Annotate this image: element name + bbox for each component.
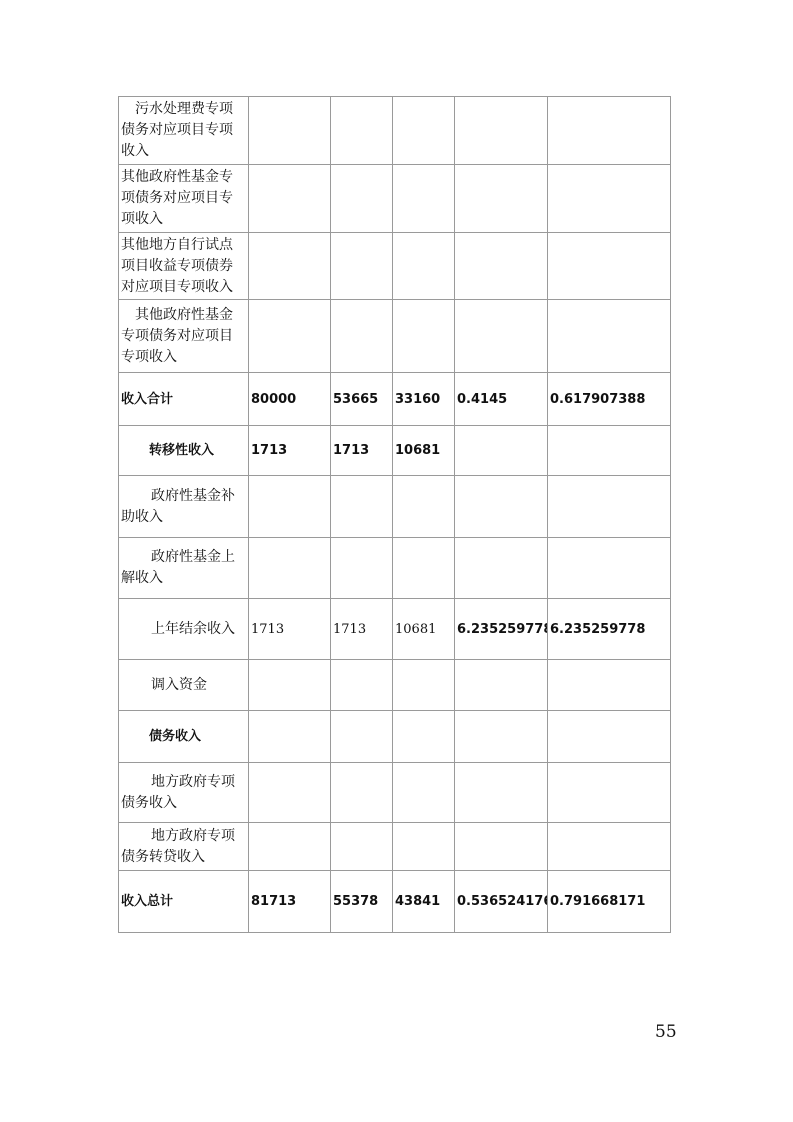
table-row: 其他政府性基金专项债务对应项目专项收入 bbox=[119, 165, 671, 233]
table-cell bbox=[249, 233, 331, 300]
table-cell: 1713 bbox=[331, 426, 393, 476]
table-row: 地方政府专项债务转贷收入 bbox=[119, 823, 671, 871]
table-cell bbox=[249, 300, 331, 373]
row-label: 地方政府专项债务转贷收入 bbox=[119, 823, 249, 871]
table-cell bbox=[249, 476, 331, 538]
table-cell bbox=[548, 711, 671, 763]
table-cell bbox=[455, 711, 548, 763]
table-cell bbox=[393, 300, 455, 373]
table-cell bbox=[393, 233, 455, 300]
table-cell bbox=[455, 823, 548, 871]
table-cell bbox=[331, 711, 393, 763]
table-cell: 0.4145 bbox=[455, 373, 548, 426]
table-row: 地方政府专项债务收入 bbox=[119, 763, 671, 823]
row-label: 债务收入 bbox=[119, 711, 249, 763]
table-row: 其他地方自行试点项目收益专项债券对应项目专项收入 bbox=[119, 233, 671, 300]
table-cell bbox=[548, 476, 671, 538]
table-cell bbox=[331, 300, 393, 373]
table-cell: 6.235259778 bbox=[548, 599, 671, 660]
table-cell: 81713 bbox=[249, 871, 331, 933]
table-row: 污水处理费专项债务对应项目专项收入 bbox=[119, 97, 671, 165]
row-label: 政府性基金补助收入 bbox=[119, 476, 249, 538]
table-cell: 53665 bbox=[331, 373, 393, 426]
row-label: 调入资金 bbox=[119, 660, 249, 711]
table-cell bbox=[331, 97, 393, 165]
table-cell: 0.791668171 bbox=[548, 871, 671, 933]
table-cell: 33160 bbox=[393, 373, 455, 426]
table-cell bbox=[331, 660, 393, 711]
table-cell: 1713 bbox=[249, 426, 331, 476]
table-cell bbox=[249, 660, 331, 711]
row-label: 其他地方自行试点项目收益专项债券对应项目专项收入 bbox=[119, 233, 249, 300]
table-cell: 1713 bbox=[331, 599, 393, 660]
table-cell: 6.235259778 bbox=[455, 599, 548, 660]
table-cell bbox=[393, 538, 455, 599]
table-cell bbox=[249, 711, 331, 763]
table-cell bbox=[331, 165, 393, 233]
table-cell bbox=[331, 233, 393, 300]
table-cell bbox=[393, 660, 455, 711]
table-cell bbox=[249, 538, 331, 599]
table-cell bbox=[249, 165, 331, 233]
table-cell bbox=[548, 97, 671, 165]
table-cell bbox=[455, 165, 548, 233]
table-cell: 10681 bbox=[393, 599, 455, 660]
table-cell: 1713 bbox=[249, 599, 331, 660]
table-cell bbox=[393, 823, 455, 871]
table-cell bbox=[331, 476, 393, 538]
table-cell bbox=[455, 233, 548, 300]
row-label: 污水处理费专项债务对应项目专项收入 bbox=[119, 97, 249, 165]
table-row: 债务收入 bbox=[119, 711, 671, 763]
table-cell bbox=[331, 538, 393, 599]
row-label: 政府性基金上解收入 bbox=[119, 538, 249, 599]
table-cell: 43841 bbox=[393, 871, 455, 933]
table-cell bbox=[455, 426, 548, 476]
table-cell bbox=[455, 300, 548, 373]
row-label: 其他政府性基金专项债务对应项目专项收入 bbox=[119, 165, 249, 233]
row-label: 上年结余收入 bbox=[119, 599, 249, 660]
table-cell: 10681 bbox=[393, 426, 455, 476]
table-cell bbox=[393, 476, 455, 538]
row-label: 地方政府专项债务收入 bbox=[119, 763, 249, 823]
table-row: 转移性收入1713171310681 bbox=[119, 426, 671, 476]
table-row: 收入合计8000053665331600.41450.617907388 bbox=[119, 373, 671, 426]
table-cell bbox=[548, 165, 671, 233]
table-cell bbox=[455, 97, 548, 165]
table-row: 收入总计8171355378438410.5365241760.79166817… bbox=[119, 871, 671, 933]
table-cell bbox=[455, 763, 548, 823]
table-cell bbox=[548, 233, 671, 300]
table-cell bbox=[455, 660, 548, 711]
table-cell bbox=[548, 300, 671, 373]
page-number: 55 bbox=[655, 1022, 677, 1042]
table-cell bbox=[393, 165, 455, 233]
revenue-table: 污水处理费专项债务对应项目专项收入其他政府性基金专项债务对应项目专项收入其他地方… bbox=[118, 96, 671, 933]
table-cell bbox=[393, 763, 455, 823]
table-cell bbox=[548, 426, 671, 476]
table-cell bbox=[249, 823, 331, 871]
table-cell: 55378 bbox=[331, 871, 393, 933]
table-cell bbox=[331, 823, 393, 871]
table-cell bbox=[548, 660, 671, 711]
table-row: 政府性基金补助收入 bbox=[119, 476, 671, 538]
row-label: 其他政府性基金专项债务对应项目专项收入 bbox=[119, 300, 249, 373]
table-cell: 0.617907388 bbox=[548, 373, 671, 426]
table-cell bbox=[393, 97, 455, 165]
table-cell bbox=[548, 763, 671, 823]
table-row: 政府性基金上解收入 bbox=[119, 538, 671, 599]
table-cell bbox=[548, 823, 671, 871]
table-cell bbox=[249, 97, 331, 165]
table-cell bbox=[455, 538, 548, 599]
table-row: 上年结余收入17131713106816.2352597786.23525977… bbox=[119, 599, 671, 660]
table-cell bbox=[393, 711, 455, 763]
row-label: 转移性收入 bbox=[119, 426, 249, 476]
table-cell bbox=[455, 476, 548, 538]
row-label: 收入合计 bbox=[119, 373, 249, 426]
table-cell: 0.536524176 bbox=[455, 871, 548, 933]
table-cell bbox=[249, 763, 331, 823]
table-cell: 80000 bbox=[249, 373, 331, 426]
table-row: 其他政府性基金专项债务对应项目专项收入 bbox=[119, 300, 671, 373]
table-cell bbox=[331, 763, 393, 823]
table-cell bbox=[548, 538, 671, 599]
row-label: 收入总计 bbox=[119, 871, 249, 933]
table-row: 调入资金 bbox=[119, 660, 671, 711]
